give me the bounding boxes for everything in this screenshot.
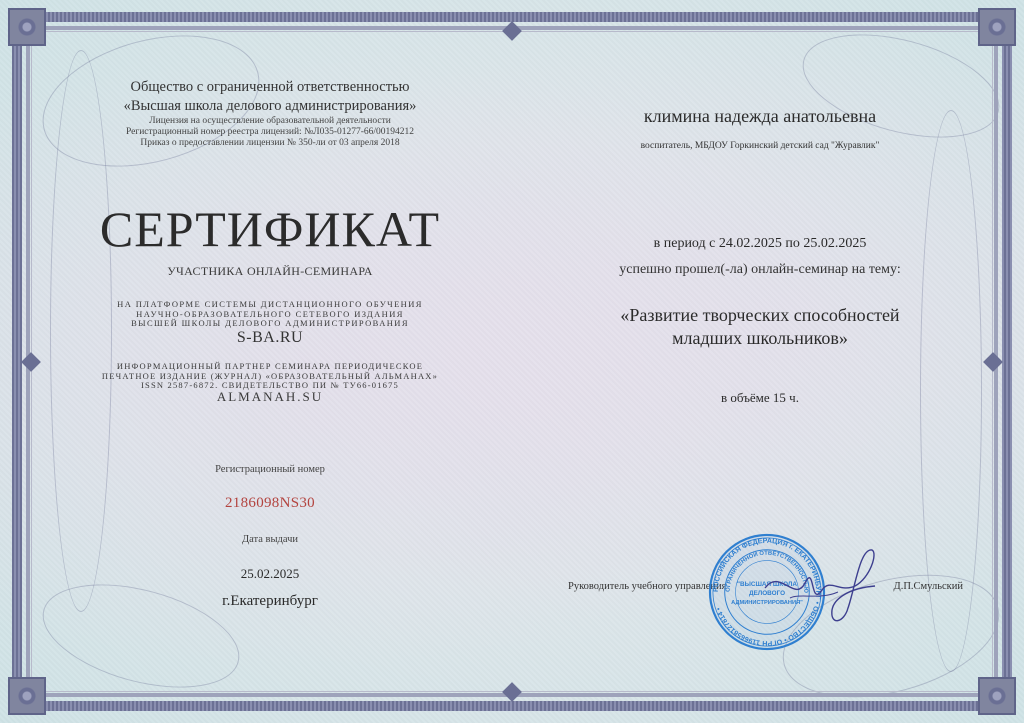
recipient-position: воспитатель, МБДОУ Горкинский детский са… bbox=[540, 141, 980, 151]
issuer-org-line1: Общество с ограниченной ответственностью bbox=[60, 78, 480, 97]
corner-rosette-icon bbox=[8, 677, 46, 715]
seminar-volume: в объёме 15 ч. bbox=[540, 390, 980, 406]
license-info: Лицензия на осуществление образовательно… bbox=[60, 116, 480, 149]
seminar-topic: «Развитие творческих способностей младши… bbox=[540, 304, 980, 350]
license-line1: Лицензия на осуществление образовательно… bbox=[60, 116, 480, 127]
registration-number: 2186098NS30 bbox=[60, 495, 480, 512]
issuer-organization: Общество с ограниченной ответственностью… bbox=[60, 78, 480, 116]
platform-line3: ВЫСШЕЙ ШКОЛЫ ДЕЛОВОГО АДМИНИСТРИРОВАНИЯ bbox=[60, 319, 480, 329]
signatory-role: Руководитель учебного управления bbox=[568, 581, 727, 592]
partner-info: ИНФОРМАЦИОННЫЙ ПАРТНЕР СЕМИНАРА ПЕРИОДИЧ… bbox=[60, 362, 480, 391]
issue-date-label: Дата выдачи bbox=[60, 534, 480, 545]
license-line3: Приказ о предоставлении лицензии № 350-л… bbox=[60, 138, 480, 149]
handwritten-signature-icon bbox=[760, 548, 890, 628]
registration-label: Регистрационный номер bbox=[60, 464, 480, 475]
seminar-completed-text: успешно прошел(-ла) онлайн-семинар на те… bbox=[540, 262, 980, 278]
platform-info: НА ПЛАТФОРМЕ СИСТЕМЫ ДИСТАНЦИОННОГО ОБУЧ… bbox=[60, 300, 480, 329]
seminar-topic-line2: младших школьников» bbox=[540, 327, 980, 350]
corner-rosette-icon bbox=[8, 8, 46, 46]
seminar-topic-line1: «Развитие творческих способностей bbox=[540, 304, 980, 327]
seminar-period: в период с 24.02.2025 по 25.02.2025 bbox=[540, 236, 980, 252]
partner-site: ALMANAH.SU bbox=[60, 389, 480, 405]
recipient-name: климина надежда анатольевна bbox=[540, 106, 980, 127]
issuer-org-line2: «Высшая школа делового администрирования… bbox=[60, 97, 480, 116]
certificate-title: СЕРТИФИКАТ bbox=[60, 200, 480, 258]
license-line2: Регистрационный номер реестра лицензий: … bbox=[60, 127, 480, 138]
certificate-subtitle: УЧАСТНИКА ОНЛАЙН-СЕМИНАРА bbox=[60, 264, 480, 279]
platform-site: S-BA.RU bbox=[60, 329, 480, 347]
issue-city: г.Екатеринбург bbox=[60, 593, 480, 610]
signatory-name: Д.П.Смульский bbox=[894, 581, 963, 592]
issue-date: 25.02.2025 bbox=[60, 566, 480, 582]
corner-rosette-icon bbox=[978, 677, 1016, 715]
corner-rosette-icon bbox=[978, 8, 1016, 46]
